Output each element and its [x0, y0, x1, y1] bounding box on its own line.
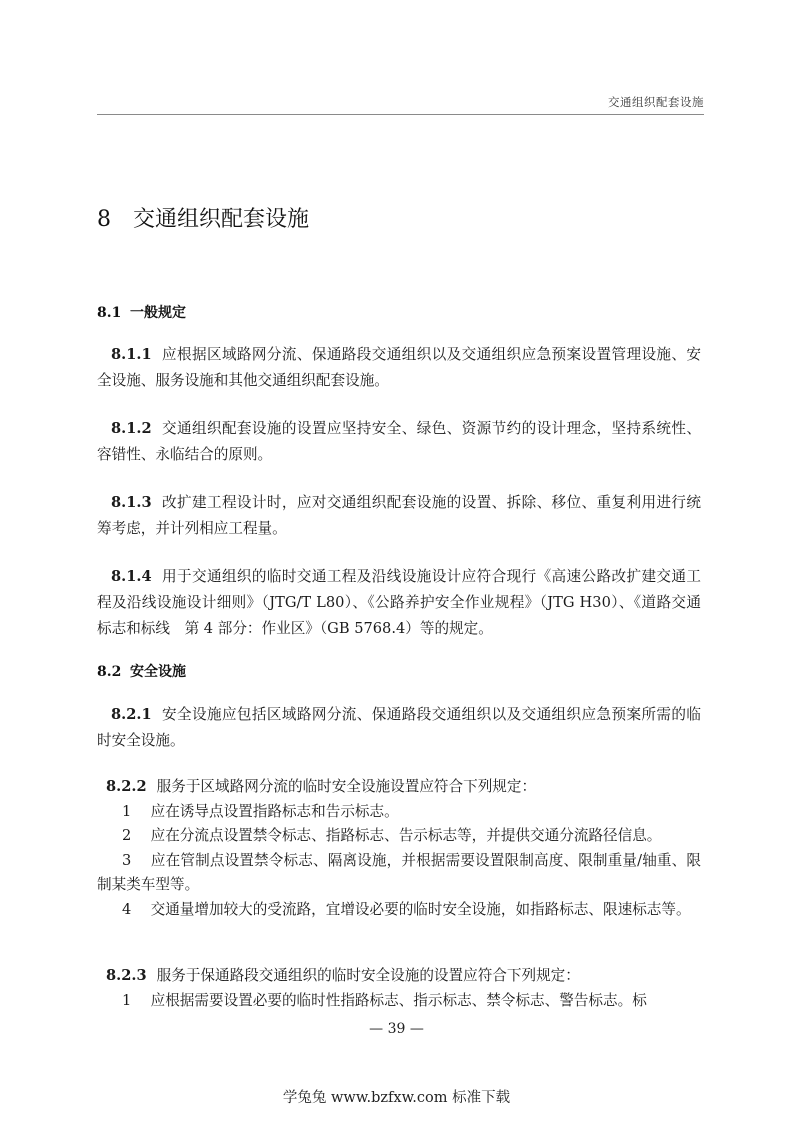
running-header: 交通组织配套设施	[97, 94, 704, 110]
item-text: 应在分流点设置禁令标志、指路标志、告示标志等，并提供交通分流路径信息。	[151, 827, 662, 844]
list-item: 2 应在分流点设置禁令标志、指路标志、告示标志等，并提供交通分流路径信息。	[97, 824, 701, 849]
list-item: 1 应在诱导点设置指路标志和告示标志。	[97, 800, 701, 825]
list-item: 4 交通量增加较大的受流路，宜增设必要的临时安全设施，如指路标志、限速标志等。	[97, 898, 701, 923]
item-number: 2	[122, 824, 136, 849]
clause-number: 8.1.2	[111, 420, 152, 437]
clause-text: 用于交通组织的临时交通工程及沿线设施设计应符合现行《高速公路改扩建交通工程及沿线…	[97, 568, 701, 637]
chapter-number: 8	[97, 207, 133, 232]
list-item: 3 应在管制点设置禁令标志、隔离设施，并根据需要设置限制高度、限制重量/轴重、限…	[97, 849, 701, 898]
clause-8-1-1: 8.1.1应根据区域路网分流、保通路段交通组织以及交通组织应急预案设置管理设施、…	[97, 342, 701, 394]
clause-8-1-3: 8.1.3改扩建工程设计时，应对交通组织配套设施的设置、拆除、移位、重复利用进行…	[97, 490, 701, 542]
clause-8-2-1: 8.2.1安全设施应包括区域路网分流、保通路段交通组织以及交通组织应急预案所需的…	[97, 702, 701, 754]
item-number: 4	[122, 898, 136, 923]
item-text: 交通量增加较大的受流路，宜增设必要的临时安全设施，如指路标志、限速标志等。	[151, 901, 691, 918]
clause-8-2-3: 8.2.3服务于保通路段交通组织的临时安全设施的设置应符合下列规定： 1 应根据…	[97, 964, 701, 1013]
clause-8-2-2: 8.2.2服务于区域路网分流的临时安全设施设置应符合下列规定： 1 应在诱导点设…	[97, 775, 701, 922]
section-number: 8.2	[97, 664, 130, 680]
item-number: 1	[122, 989, 136, 1014]
item-text: 应根据需要设置必要的临时性指路标志、指示标志、禁令标志、警告标志。标	[151, 992, 647, 1009]
clause-8-1-2: 8.1.2交通组织配套设施的设置应坚持安全、绿色、资源节约的设计理念，坚持系统性…	[97, 416, 701, 468]
page-number: — 39 —	[0, 1021, 793, 1037]
clause-lead: 8.2.3服务于保通路段交通组织的临时安全设施的设置应符合下列规定：	[97, 964, 701, 989]
clause-text: 服务于区域路网分流的临时安全设施设置应符合下列规定：	[157, 778, 536, 795]
section-title: 一般规定	[130, 305, 186, 321]
item-text: 应在管制点设置禁令标志、隔离设施，并根据需要设置限制高度、限制重量/轴重、限制某…	[97, 852, 701, 894]
clause-number: 8.1.1	[111, 346, 152, 363]
chapter-title: 8交通组织配套设施	[97, 202, 309, 233]
clause-text: 安全设施应包括区域路网分流、保通路段交通组织以及交通组织应急预案所需的临时安全设…	[97, 706, 701, 749]
clause-number: 8.2.1	[111, 706, 152, 723]
section-heading-8-2: 8.2安全设施	[97, 661, 186, 681]
clause-text: 改扩建工程设计时，应对交通组织配套设施的设置、拆除、移位、重复利用进行统筹考虑，…	[97, 494, 701, 537]
clause-text: 应根据区域路网分流、保通路段交通组织以及交通组织应急预案设置管理设施、安全设施、…	[97, 346, 701, 389]
item-number: 1	[122, 800, 136, 825]
section-title: 安全设施	[130, 664, 186, 680]
item-text: 应在诱导点设置指路标志和告示标志。	[151, 803, 399, 820]
clause-number: 8.2.3	[106, 967, 147, 984]
section-heading-8-1: 8.1一般规定	[97, 302, 186, 322]
watermark-footer: 学兔兔 www.bzfxw.com 标准下载	[0, 1086, 793, 1107]
clause-8-1-4: 8.1.4用于交通组织的临时交通工程及沿线设施设计应符合现行《高速公路改扩建交通…	[97, 564, 701, 642]
clause-lead: 8.2.2服务于区域路网分流的临时安全设施设置应符合下列规定：	[97, 775, 701, 800]
clause-text: 交通组织配套设施的设置应坚持安全、绿色、资源节约的设计理念，坚持系统性、容错性、…	[97, 420, 701, 463]
clause-number: 8.2.2	[106, 778, 147, 795]
chapter-title-text: 交通组织配套设施	[133, 207, 309, 232]
clause-number: 8.1.3	[111, 494, 152, 511]
header-rule	[97, 114, 704, 115]
list-item: 1 应根据需要设置必要的临时性指路标志、指示标志、禁令标志、警告标志。标	[97, 989, 701, 1014]
clause-number: 8.1.4	[111, 568, 152, 585]
item-number: 3	[122, 849, 136, 874]
clause-text: 服务于保通路段交通组织的临时安全设施的设置应符合下列规定：	[157, 967, 580, 984]
section-number: 8.1	[97, 305, 130, 321]
